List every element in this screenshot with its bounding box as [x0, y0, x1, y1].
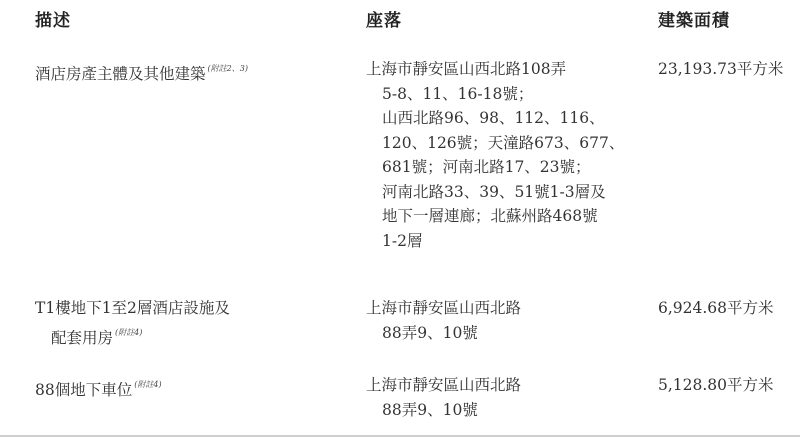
description-text: T1樓地下1至2層酒店設施及 [35, 296, 230, 321]
location-line: 山西北路96、98、112、116、 [366, 106, 624, 131]
row-description: 88個地下車位(附註4) [35, 373, 162, 403]
location-line: 120、126號；天潼路673、677、 [366, 131, 624, 156]
location-line: 河南北路33、39、51號1-3層及 [366, 180, 624, 205]
location-line: 上海市靜安區山西北路108弄 [366, 57, 624, 82]
location-line: 88弄9、10號 [366, 398, 521, 423]
location-line: 地下一層連廊；北蘇州路468號 [366, 204, 624, 229]
row-description: 酒店房產主體及其他建築(附註2、3) [35, 57, 248, 87]
location-line: 上海市靜安區山西北路 [366, 296, 521, 321]
row-area: 23,193.73平方米 [658, 57, 783, 82]
column-header-location: 座落 [366, 6, 402, 31]
description-text: 88個地下車位 [35, 381, 132, 399]
location-line: 681號；河南北路17、23號； [366, 155, 624, 180]
column-header-gross-floor-area: 建築面積 [658, 6, 730, 31]
description-text-continued: 配套用房(附註4) [35, 321, 230, 351]
location-line: 上海市靜安區山西北路 [366, 373, 521, 398]
footnote-reference: (附註2、3) [208, 64, 248, 73]
column-header-description: 描述 [35, 6, 71, 31]
row-location: 上海市靜安區山西北路 88弄9、10號 [366, 373, 521, 422]
row-description: T1樓地下1至2層酒店設施及 配套用房(附註4) [35, 296, 230, 350]
footnote-reference: (附註4) [134, 380, 161, 389]
location-line: 88弄9、10號 [366, 321, 521, 346]
row-area: 5,128.80平方米 [658, 373, 774, 398]
footnote-reference: (附註4) [115, 328, 142, 337]
location-line: 5-8、11、16-18號； [366, 82, 624, 107]
location-line: 1-2層 [366, 229, 624, 254]
description-text: 酒店房產主體及其他建築 [35, 65, 206, 83]
row-location: 上海市靜安區山西北路108弄 5-8、11、16-18號； 山西北路96、98、… [366, 57, 624, 253]
row-area: 6,924.68平方米 [658, 296, 774, 321]
row-location: 上海市靜安區山西北路 88弄9、10號 [366, 296, 521, 345]
